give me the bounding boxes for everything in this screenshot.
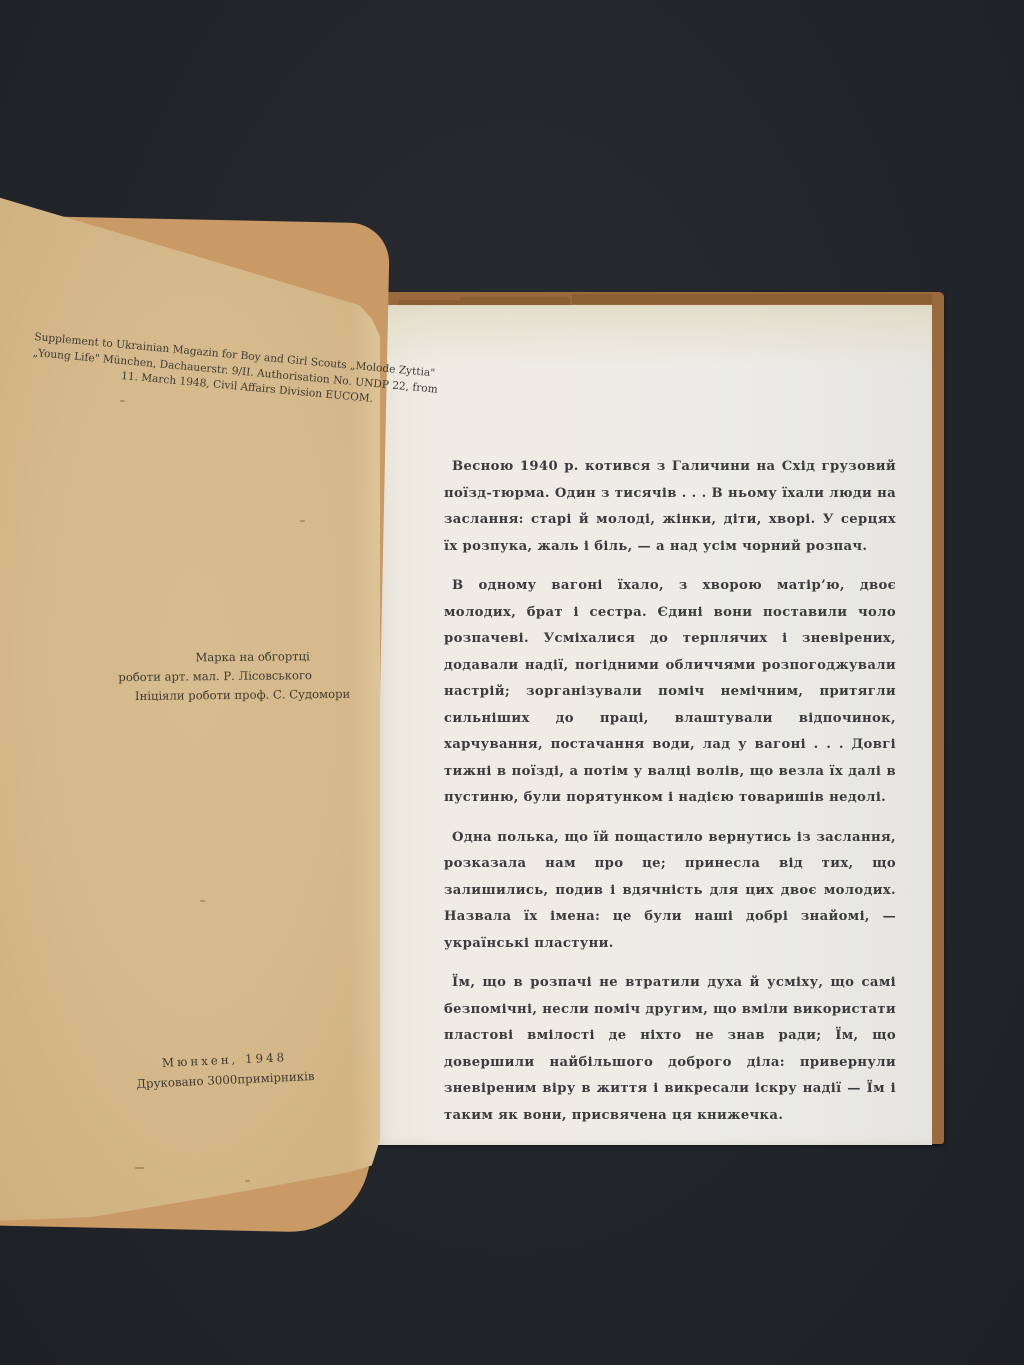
paper-speck	[120, 400, 125, 402]
paragraph: Одна полька, що їй пощастило вернутись і…	[444, 825, 896, 958]
paper-speck	[200, 900, 205, 902]
art-credits: Марка на обгортці роботи арт. мал. Р. Лі…	[110, 647, 351, 707]
paper-speck	[300, 520, 305, 522]
credit-line: Ініціяли роботи проф. С. Судомори	[110, 685, 350, 707]
right-page-top-tint	[374, 305, 932, 365]
dedication-text: Весною 1940 р. котився з Галичини на Схі…	[444, 454, 896, 1142]
paragraph: В одному вагоні їхало, з хворою матір’ю,…	[444, 573, 896, 812]
paragraph: Весною 1940 р. котився з Галичини на Схі…	[444, 454, 896, 560]
cover-edge-strip	[572, 294, 932, 304]
paper-speck	[245, 1180, 250, 1182]
paragraph: Їм, що в розпачі не втратили духа й усмі…	[444, 970, 896, 1129]
credit-line: Марка на обгортці	[110, 647, 350, 669]
credit-line: роботи арт. мал. Р. Лісовського	[110, 666, 350, 688]
paper-speck	[135, 1167, 144, 1169]
